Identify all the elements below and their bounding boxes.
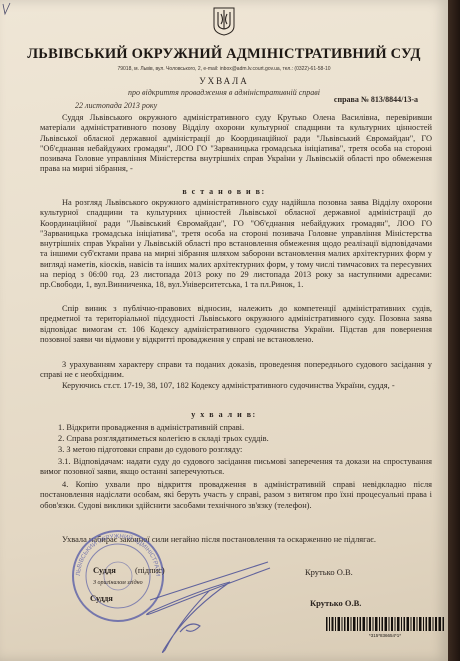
case-number: справа № 813/8844/13-а [334,95,418,104]
ruling-item-1: 1. Відкрити провадження в адміністративн… [40,423,432,433]
handwritten-tick-mark [2,2,12,16]
paragraph-preliminary-hearing: З урахуванням характеру справи та подани… [40,360,432,381]
document-date: 22 листопада 2013 року [75,101,157,110]
barcode-number: *315*836654*1* [326,633,444,638]
ukraine-trident-emblem-icon [212,6,236,36]
ruling-item-3-1: 3.1. Відповідачам: надати суду до судово… [40,457,432,478]
ruling-item-2: 2. Справа розглядатиметься колегією в ск… [40,434,432,444]
document-barcode [326,617,444,631]
intro-paragraph: Суддя Львівського окружного адміністрати… [40,113,432,175]
court-name-heading: ЛЬВІВСЬКИЙ ОКРУЖНИЙ АДМІНІСТРАТИВНИЙ СУД [0,46,448,63]
handwritten-signature [120,560,280,660]
ruling-item-4: 4. Копію ухвали про відкриття провадженн… [40,480,432,511]
established-heading: в с т а н о в и в: [0,187,448,196]
paragraph-legal-basis: Керуючись ст.ст. 17-19, 38, 107, 182 Код… [40,381,432,391]
paragraph-claim: На розгляд Львівського окружного адмініс… [40,198,432,291]
ruled-heading: у х в а л и в: [0,410,448,419]
court-address: 79018, м. Львів, вул. Чоловського, 2, e-… [0,66,448,72]
judge-name: Крутько О.В. [305,567,353,577]
document-type-title: УХВАЛА [0,76,448,86]
background-edge [448,0,460,661]
paragraph-jurisdiction: Спір виник з публічно-правових відносин,… [40,304,432,345]
ruling-item-3: 3. З метою підготовки справи до судового… [40,445,432,455]
judge-name-certified: Крутько О.В. [310,598,361,608]
judge-label-certified: Суддя [90,593,113,603]
judge-label: Суддя [93,565,116,575]
court-ruling-document: ЛЬВІВСЬКИЙ ОКРУЖНИЙ АДМІНІСТРАТИВНИЙ СУД… [0,0,448,661]
